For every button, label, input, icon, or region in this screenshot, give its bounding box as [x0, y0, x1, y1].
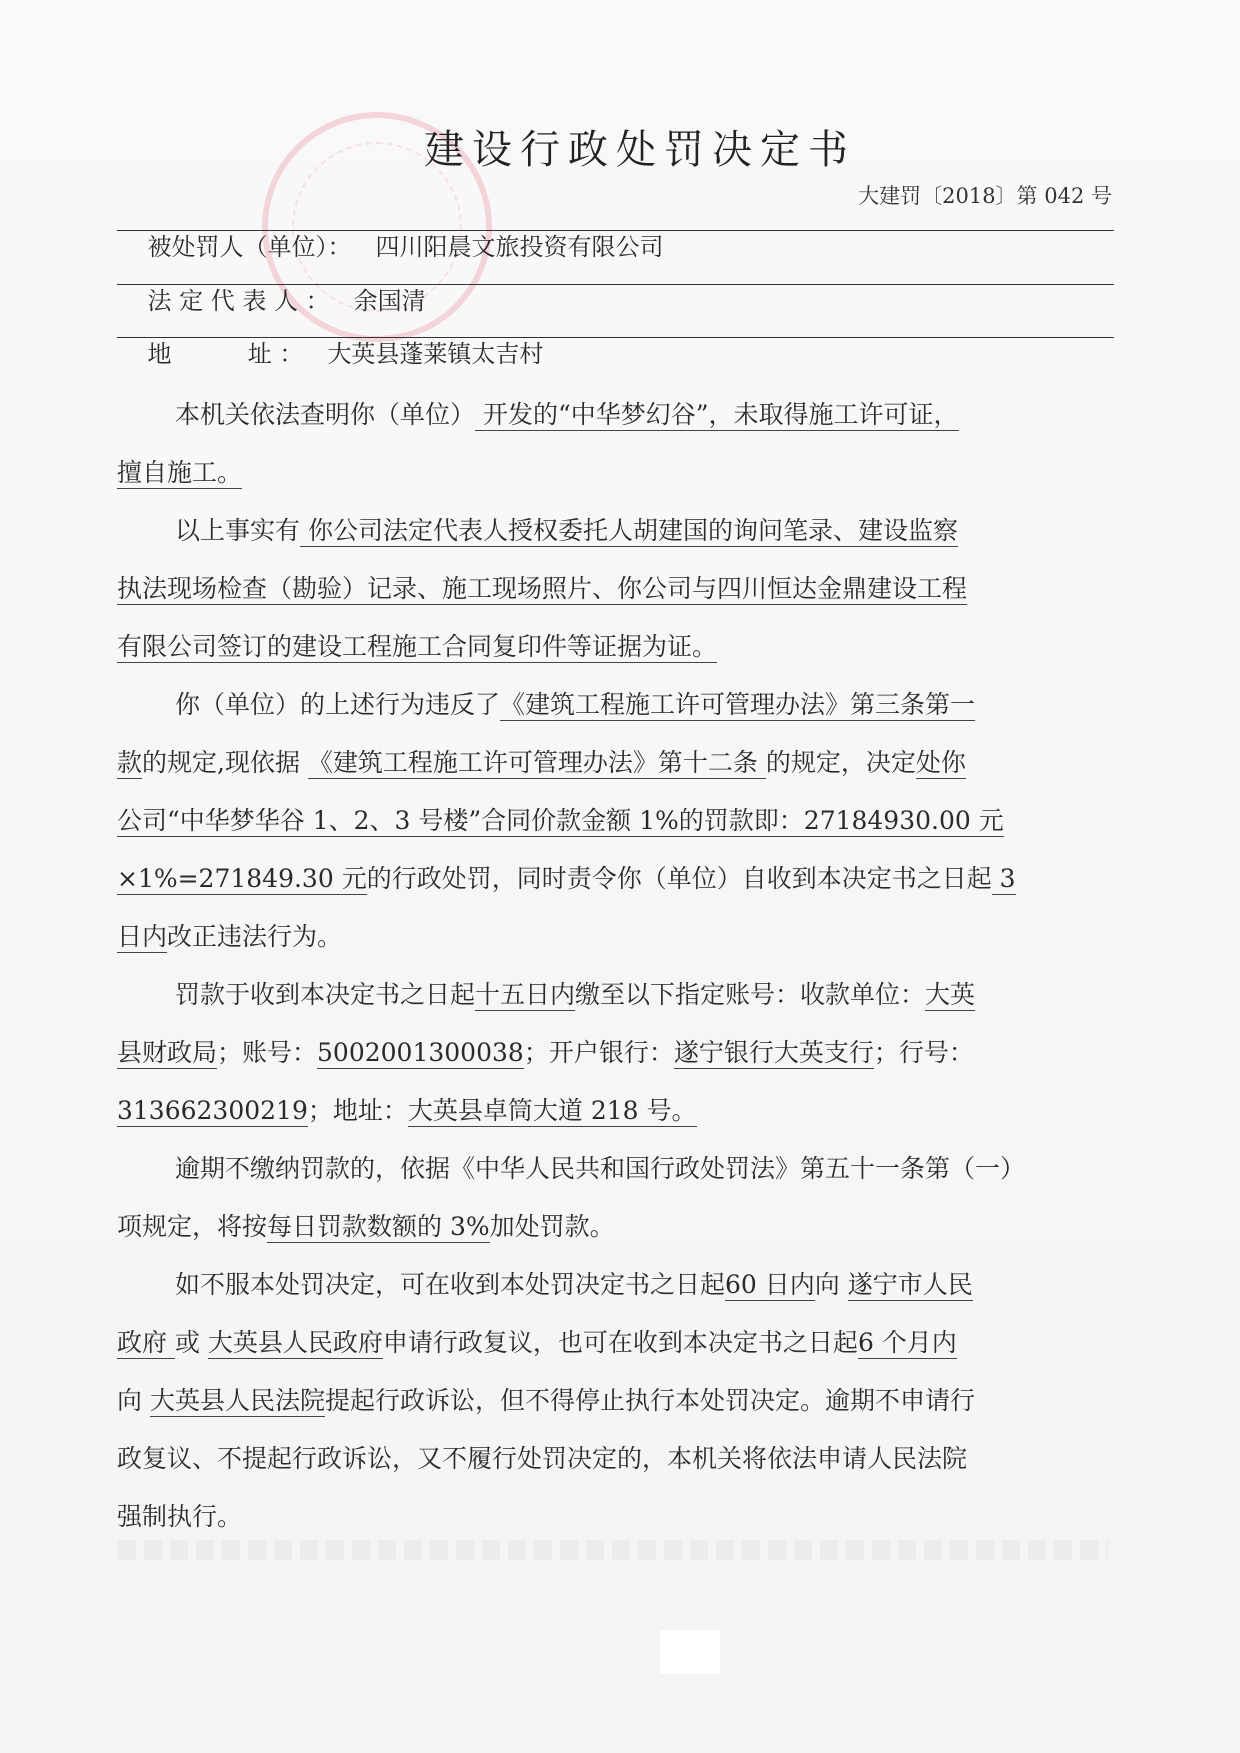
underlined-text: 擅自施工。 — [117, 458, 242, 489]
underlined-text: 《建筑工程施工许可管理办法》第十二条 — [308, 748, 766, 779]
text: ；行号： — [874, 1038, 974, 1067]
text: 的规定，决定 — [766, 748, 916, 777]
paragraph-violation-cont: 日内改正违法行为。 — [117, 920, 1117, 954]
text: 罚款于收到本决定书之日起 — [175, 980, 475, 1009]
text: 向 — [117, 1386, 150, 1415]
text: 加处罚款。 — [490, 1212, 615, 1241]
field-penalized-party: 被处罚人（单位）：四川阳晨文旅投资有限公司 — [117, 196, 1114, 231]
paragraph-late-fee-cont: 项规定，将按每日罚款数额的 3%加处罚款。 — [117, 1210, 1117, 1244]
bank-code: 313662300219 — [117, 1096, 308, 1127]
paragraph-appeal-cont: 政复议、不提起行政诉讼，又不履行处罚决定的，本机关将依法申请人民法院 — [117, 1442, 1117, 1476]
underlined-text: 大英县人民法院 — [150, 1386, 325, 1417]
underlined-text: 十五日内 — [475, 980, 575, 1011]
paragraph-late-fee: 逾期不缴纳罚款的，依据《中华人民共和国行政处罚法》第五十一条第（一） — [117, 1152, 1175, 1186]
paragraph-appeal-cont: 向 大英县人民法院提起行政诉讼，但不得停止执行本处罚决定。逾期不申请行 — [117, 1384, 1117, 1418]
text: 申请行政复议，也可在收到本决定书之日起 — [383, 1328, 858, 1357]
text: 逾期不缴纳罚款的，依据《中华人民共和国行政处罚法》第五十一条第（一） — [175, 1154, 1025, 1183]
account-number: 5002001300038 — [317, 1038, 524, 1069]
paragraph-evidence: 以上事实有 你公司法定代表人授权委托人胡建国的询问笔录、建设监察 — [117, 514, 1175, 548]
text: ；地址： — [308, 1096, 408, 1125]
document-title: 建设行政处罚决定书 — [0, 118, 1240, 175]
paragraph-payment-bank: 313662300219；地址：大英县卓筒大道 218 号。 — [117, 1094, 1117, 1128]
text: 的行政处罚，同时责令你（单位）自收到本决定书之日起 — [367, 864, 992, 893]
bank-name: 遂宁银行大英支行 — [674, 1038, 874, 1069]
text: 政复议、不提起行政诉讼，又不履行处罚决定的，本机关将依法申请人民法院 — [117, 1444, 967, 1473]
paragraph-violation-amount: 公司“中华梦华谷 1、2、3 号楼”合同价款金额 1%的罚款即：27184930… — [117, 804, 1117, 838]
text: 的规定,现依据 — [142, 748, 308, 777]
text: 改正违法行为。 — [167, 922, 342, 951]
paragraph-violation-cont: ×1%=271849.30 元的行政处罚，同时责令你（单位）自收到本决定书之日起… — [117, 862, 1117, 896]
paragraph-findings-cont: 擅自施工。 — [117, 456, 1117, 490]
underlined-text: 开发的“中华梦幻谷”，未取得施工许可证， — [475, 400, 959, 431]
text: 以上事实有 — [175, 516, 300, 545]
underlined-text: 处你 — [916, 748, 966, 779]
text: 项规定，将按 — [117, 1212, 267, 1241]
paragraph-violation: 你（单位）的上述行为违反了《建筑工程施工许可管理办法》第三条第一 — [117, 688, 1175, 722]
underlined-text: 遂宁市人民 — [848, 1270, 973, 1301]
underlined-text: 《建筑工程施工许可管理办法》第三条第一 — [500, 690, 975, 721]
underlined-text: 日内 — [117, 922, 167, 953]
text: 如不服本处罚决定，可在收到本处罚决定书之日起 — [175, 1270, 725, 1299]
text: 向 — [815, 1270, 848, 1299]
text: 缴至以下指定账号：收款单位： — [575, 980, 925, 1009]
paragraph-violation-cont: 款的规定,现依据 《建筑工程施工许可管理办法》第十二条 的规定，决定处你 — [117, 746, 1117, 780]
paragraph-evidence-cont: 执法现场检查（勘验）记录、施工现场照片、你公司与四川恒达金鼎建设工程 — [117, 572, 1117, 606]
paragraph-payment: 罚款于收到本决定书之日起十五日内缴至以下指定账号：收款单位：大英 — [117, 978, 1175, 1012]
paragraph-evidence-cont: 有限公司签订的建设工程施工合同复印件等证据为证。 — [117, 630, 1117, 664]
paragraph-appeal: 如不服本处罚决定，可在收到本处罚决定书之日起60 日内向 遂宁市人民 — [117, 1268, 1175, 1302]
paragraph-findings: 本机关依法查明你（单位） 开发的“中华梦幻谷”，未取得施工许可证， — [117, 398, 1175, 432]
underlined-text: 60 日内 — [725, 1270, 815, 1301]
text: 强制执行。 — [117, 1502, 242, 1531]
underlined-text: 政府 — [117, 1328, 175, 1359]
field-label: 地 址 ： — [148, 337, 304, 371]
payee: 县财政局 — [117, 1038, 217, 1069]
underlined-text: 公司“中华梦华谷 1、2、3 号楼”合同价款金额 1%的罚款即：27184930… — [117, 806, 1004, 837]
underlined-text: 有限公司签订的建设工程施工合同复印件等证据为证。 — [117, 632, 717, 663]
underlined-text: 执法现场检查（勘验）记录、施工现场照片、你公司与四川恒达金鼎建设工程 — [117, 574, 967, 605]
underlined-text: 大英县人民政府 — [208, 1328, 383, 1359]
text: 你（单位）的上述行为违反了 — [175, 690, 500, 719]
text: ；账号： — [217, 1038, 317, 1067]
paragraph-payment-account: 县财政局；账号：5002001300038；开户银行：遂宁银行大英支行；行号： — [117, 1036, 1117, 1070]
text: 提起行政诉讼，但不得停止执行本处罚决定。逾期不申请行 — [325, 1386, 975, 1415]
text: 本机关依法查明你（单位） — [175, 400, 475, 429]
text: ；开户银行： — [524, 1038, 674, 1067]
underlined-text: 款 — [117, 748, 142, 779]
field-legal-representative: 法 定 代 表 人 ：余国清 — [117, 250, 1114, 285]
text: 或 — [175, 1328, 208, 1357]
bank-address: 大英县卓筒大道 218 号。 — [408, 1096, 697, 1127]
field-address: 地 址 ：大英县蓬莱镇太吉村 — [117, 303, 1114, 338]
underlined-text: 6 个月内 — [858, 1328, 957, 1359]
underlined-text: 3 — [992, 864, 1016, 895]
field-value: 大英县蓬莱镇太吉村 — [327, 340, 543, 368]
underlined-text: 你公司法定代表人授权委托人胡建国的询问笔录、建设监察 — [300, 516, 958, 547]
paragraph-appeal-end: 强制执行。 — [117, 1500, 1117, 1534]
bleed-through-text — [118, 1540, 1108, 1560]
underlined-text: 大英 — [925, 980, 975, 1011]
paragraph-appeal-cont: 政府 或 大英县人民政府申请行政复议，也可在收到本决定书之日起6 个月内 — [117, 1326, 1117, 1360]
document-page: 建设行政处罚决定书 大建罚〔2018〕第 042 号 被处罚人（单位）：四川阳晨… — [0, 0, 1240, 1753]
underlined-text: 每日罚款数额的 3% — [267, 1212, 490, 1243]
penalty-amount: ×1%=271849.30 元 — [117, 864, 367, 895]
redaction-box — [660, 1630, 720, 1674]
